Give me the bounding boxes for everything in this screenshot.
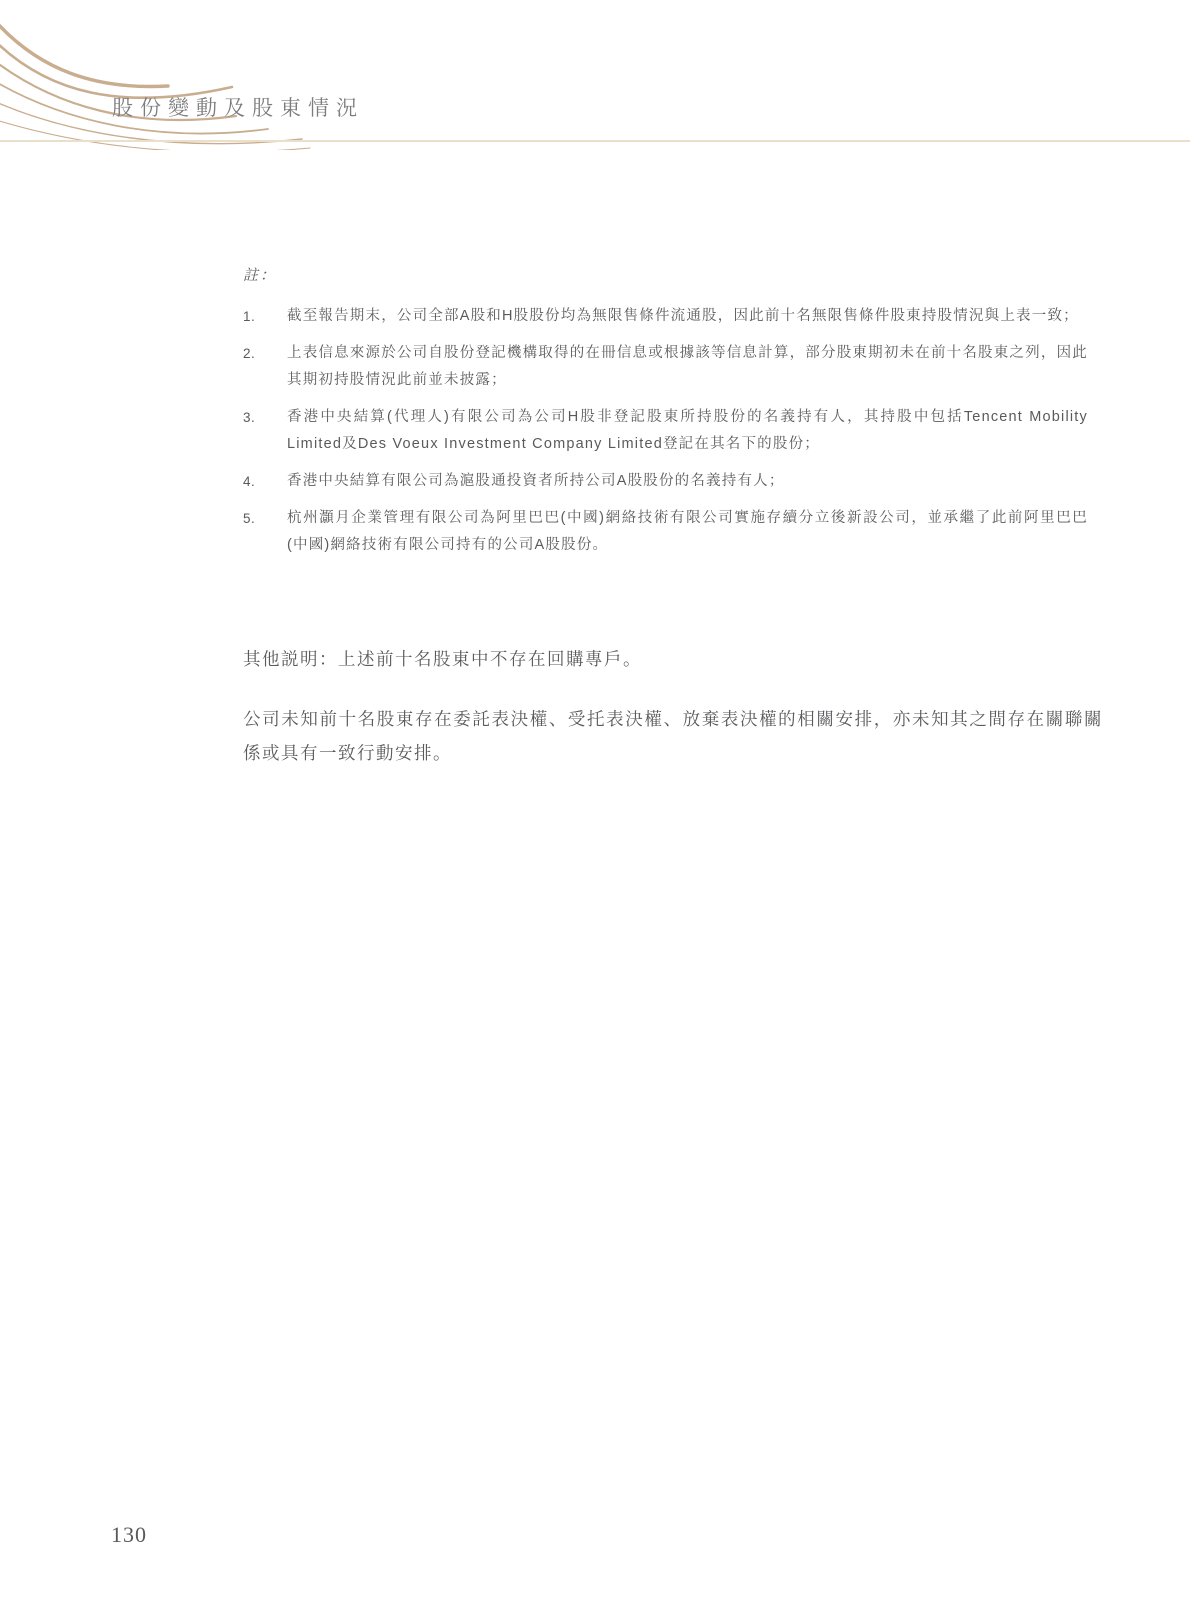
note-number: 3. — [243, 404, 287, 431]
note-item-3: 3. 香港中央結算(代理人)有限公司為公司H股非登記股東所持股份的名義持有人，其… — [243, 404, 1088, 458]
note-text: 截至報告期末，公司全部A股和H股股份均為無限售條件流通股，因此前十名無限售條件股… — [287, 303, 1088, 330]
notes-label: 註： — [243, 264, 1088, 285]
note-number: 5. — [243, 505, 287, 532]
header-rule — [0, 140, 1190, 142]
page-title: 股份變動及股東情況 — [112, 92, 364, 122]
page-number: 130 — [111, 1522, 147, 1548]
notes-section: 註： 1. 截至報告期末，公司全部A股和H股股份均為無限售條件流通股，因此前十名… — [243, 264, 1088, 569]
other-explanation-paragraph: 其他説明：上述前十名股東中不存在回購專戶。 — [243, 642, 1103, 676]
note-text: 香港中央結算有限公司為滬股通投資者所持公司A股股份的名義持有人； — [287, 468, 1088, 495]
note-text: 杭州灝月企業管理有限公司為阿里巴巴(中國)網絡技術有限公司實施存續分立後新設公司… — [287, 505, 1088, 559]
page-header: 股份變動及股東情況 — [0, 0, 1190, 142]
note-text: 香港中央結算(代理人)有限公司為公司H股非登記股東所持股份的名義持有人，其持股中… — [287, 404, 1088, 458]
note-item-4: 4. 香港中央結算有限公司為滬股通投資者所持公司A股股份的名義持有人； — [243, 468, 1088, 495]
note-item-2: 2. 上表信息來源於公司自股份登記機構取得的在冊信息或根據該等信息計算，部分股東… — [243, 340, 1088, 394]
voting-rights-paragraph: 公司未知前十名股東存在委託表決權、受托表決權、放棄表決權的相關安排，亦未知其之間… — [243, 702, 1103, 770]
report-page: 股份變動及股東情況 註： 1. 截至報告期末，公司全部A股和H股股份均為無限售條… — [0, 0, 1190, 1615]
note-item-1: 1. 截至報告期末，公司全部A股和H股股份均為無限售條件流通股，因此前十名無限售… — [243, 303, 1088, 330]
decorative-arcs-icon — [0, 0, 330, 150]
note-number: 1. — [243, 303, 287, 330]
note-number: 4. — [243, 468, 287, 495]
note-number: 2. — [243, 340, 287, 367]
note-text: 上表信息來源於公司自股份登記機構取得的在冊信息或根據該等信息計算，部分股東期初未… — [287, 340, 1088, 394]
note-item-5: 5. 杭州灝月企業管理有限公司為阿里巴巴(中國)網絡技術有限公司實施存續分立後新… — [243, 505, 1088, 559]
